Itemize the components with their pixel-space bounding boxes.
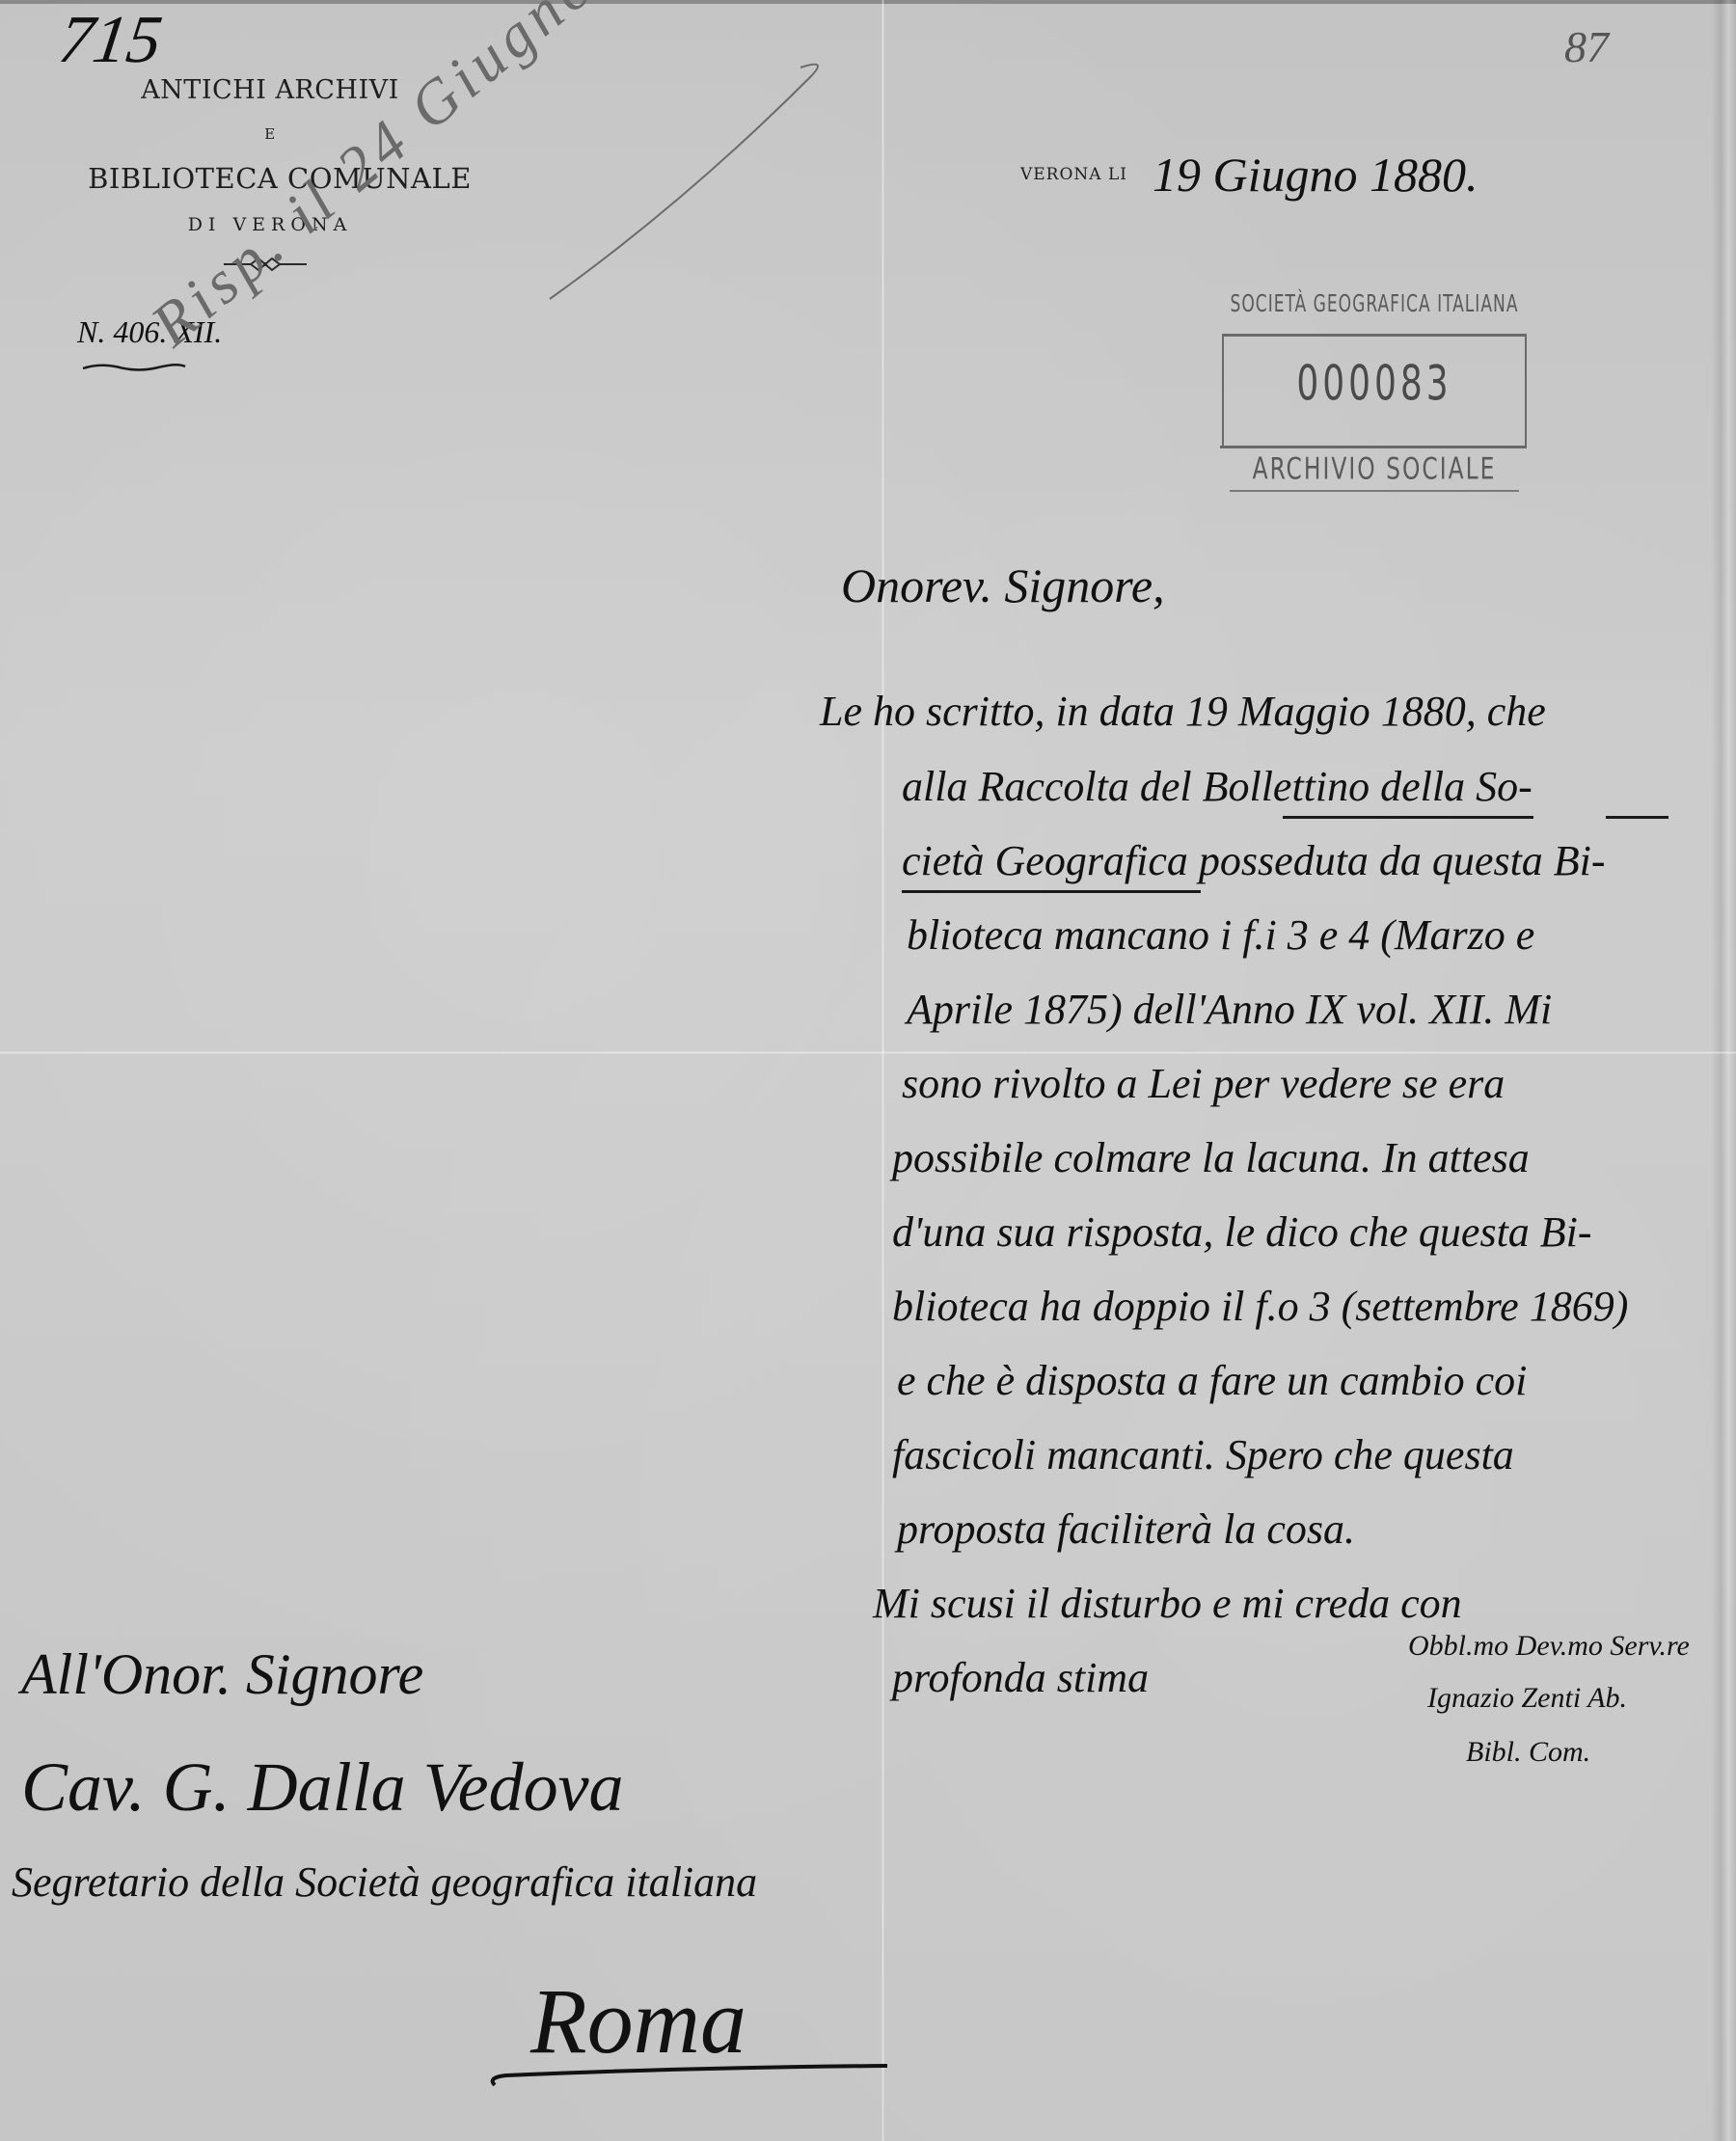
protocol-label: N.	[77, 314, 105, 349]
letter-page: 715 87 ANTICHI ARCHIVI E BIBLIOTECA COMU…	[0, 0, 1736, 2141]
folio-number: 715	[54, 2, 166, 79]
body-line: proposta faciliterà la cosa.	[897, 1504, 1355, 1554]
body-line: sono rivolto a Lei per vedere se era	[902, 1059, 1505, 1108]
date-handwritten: 19 Giugno 1880.	[1153, 148, 1478, 202]
city-underline-flourish	[487, 2064, 892, 2093]
stamp-number: 000083	[1220, 356, 1529, 412]
body-line: profonda stima	[892, 1653, 1149, 1702]
archive-stamp: SOCIETÀ GEOGRAFICA ITALIANA 000083 ARCHI…	[1220, 289, 1529, 494]
underline-bollettino	[1283, 816, 1533, 819]
salutation: Onorev. Signore,	[841, 557, 1165, 613]
body-line: fascicoli mancanti. Spero che questa	[892, 1430, 1514, 1479]
signature-name: Ignazio Zenti Ab.	[1427, 1682, 1627, 1715]
underline-societa	[1606, 816, 1668, 819]
body-line: blioteca mancano i f.i 3 e 4 (Marzo e	[907, 910, 1534, 960]
body-line: Le ho scritto, in data 19 Maggio 1880, c…	[820, 687, 1546, 736]
address-honorific: All'Onor. Signore	[21, 1641, 423, 1708]
signature-title: Bibl. Com.	[1466, 1736, 1590, 1769]
body-line: blioteca ha doppio il f.o 3 (settembre 1…	[892, 1282, 1628, 1331]
stamp-society-name: SOCIETÀ GEOGRAFICA ITALIANA	[1220, 290, 1529, 318]
signature-closing: Obbl.mo Dev.mo Serv.re	[1408, 1630, 1690, 1663]
horizontal-fold-line	[0, 1051, 1736, 1054]
vertical-fold-line	[882, 0, 884, 2141]
body-line: alla Raccolta del Bollettino della So-	[902, 762, 1533, 811]
underline-geografica	[902, 890, 1201, 893]
body-line: e che è disposta a fare un cambio coi	[897, 1356, 1527, 1405]
address-city: Roma	[530, 1967, 746, 2074]
date-line: VERONA LI 19 Giugno 1880.	[1020, 147, 1478, 203]
protocol-underline-flourish	[81, 363, 187, 372]
page-number: 87	[1564, 21, 1609, 72]
stamp-bottom-rule	[1230, 490, 1519, 492]
body-line: possibile colmare la lacuna. In attesa	[892, 1133, 1530, 1182]
body-line: cietà Geografica posseduta da questa Bi-	[902, 836, 1606, 885]
stamp-divider	[1220, 446, 1525, 448]
paper-right-edge	[1711, 0, 1736, 2141]
body-line: Aprile 1875) dell'Anno IX vol. XII. Mi	[907, 985, 1552, 1034]
pencil-annotation-loop	[540, 58, 829, 309]
date-printed-label: VERONA LI	[1020, 165, 1127, 184]
address-title: Segretario della Società geografica ital…	[12, 1857, 757, 1907]
scan-top-edge	[0, 0, 1736, 4]
body-line: Mi scusi il disturbo e mi creda con	[873, 1579, 1462, 1628]
stamp-archive-label: ARCHIVIO SOCIALE	[1220, 452, 1529, 487]
body-text: alla Raccolta del Bollettino della So-	[902, 763, 1533, 810]
body-line: d'una sua risposta, le dico che questa B…	[892, 1207, 1592, 1257]
address-name: Cav. G. Dalla Vedova	[21, 1748, 624, 1828]
